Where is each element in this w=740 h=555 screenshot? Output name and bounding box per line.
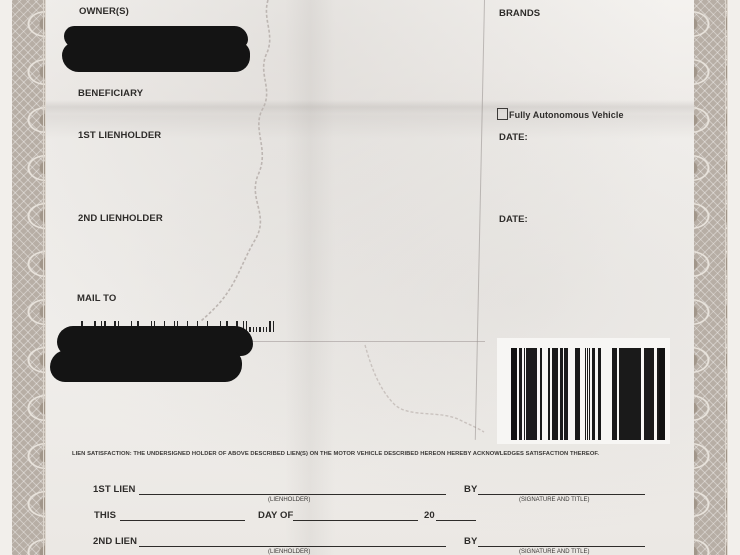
second-signature-line[interactable] [478,546,645,547]
security-watermark-squiggle [0,0,740,555]
title-document-page: OWNER(S) BENEFICIARY 1ST LIENHOLDER 2ND … [0,0,740,555]
lienholder1-date-label: DATE: [499,132,528,143]
owners-label: OWNER(S) [79,6,129,17]
month-line[interactable] [293,520,418,521]
first-signature-caption: (SIGNATURE AND TITLE) [519,497,589,503]
first-by-label: BY [464,484,477,495]
owners-redaction-2 [62,42,250,72]
day-of-label: DAY OF [258,510,293,521]
mail-to-label: MAIL TO [77,293,116,304]
second-lien-label: 2ND LIEN [93,536,137,547]
first-signature-line[interactable] [478,494,645,495]
brands-label: BRANDS [499,8,540,19]
second-by-label: BY [464,536,477,547]
beneficiary-label: BENEFICIARY [78,88,143,99]
mail-to-rule [240,341,485,342]
lienholder2-date-label: DATE: [499,214,528,225]
first-lienholder-line[interactable] [139,494,446,495]
lienholder2-label: 2ND LIENHOLDER [78,213,163,224]
second-signature-caption: (SIGNATURE AND TITLE) [519,549,589,555]
autonomous-vehicle-label: Fully Autonomous Vehicle [509,110,624,120]
first-lien-label: 1ST LIEN [93,484,136,495]
second-lienholder-line[interactable] [139,546,446,547]
year-line[interactable] [436,520,476,521]
address-redaction-2 [50,350,242,382]
second-lienholder-caption: (LIENHOLDER) [268,549,310,555]
pdf417-barcode [511,348,665,440]
lienholder1-label: 1ST LIENHOLDER [78,130,161,141]
first-lienholder-caption: (LIENHOLDER) [268,497,310,503]
autonomous-vehicle-checkbox[interactable] [497,108,508,120]
this-label: THIS [94,510,116,521]
year-prefix-label: 20 [424,510,435,521]
lien-satisfaction-statement: LIEN SATISFACTION: THE UNDERSIGNED HOLDE… [72,451,599,457]
day-line[interactable] [120,520,245,521]
